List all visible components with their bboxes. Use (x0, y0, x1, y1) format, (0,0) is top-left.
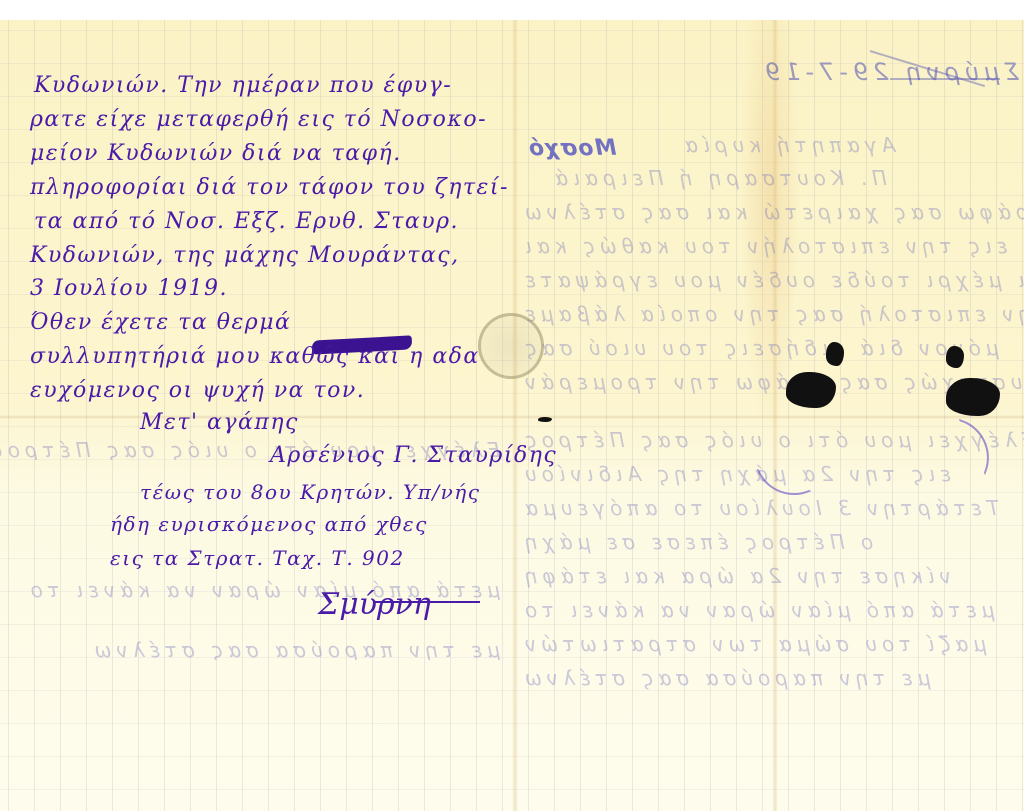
letter-line: Όθεν έχετε τα θερμά (30, 312, 291, 334)
letter-line: ρατε είχε μεταφερθή εις τό Νοσοκο- (30, 109, 487, 131)
letter-line: ευχόμενος οι ψυχή να τον. (30, 380, 365, 402)
ghost-line: μαζί του σώμα των στρατιωτών (520, 634, 986, 654)
ghost-side-word: Μοσχό (528, 138, 616, 160)
letter-line: ήδη ευρισκόμενος από χθες (110, 514, 428, 534)
ghost-header: Σμύρνη 29-7-19 (760, 60, 1019, 84)
letter-line: Κυδωνιών, της μάχης Μουράντας, (30, 245, 460, 267)
ghost-line: ότι μέχρι τούδε ουδέν μου εγράψατε (520, 270, 1024, 290)
letter-line: μείον Κυδωνιών διά να ταφή. (30, 143, 402, 165)
ghost-line: εις την επιστολήν του καθώς και (520, 236, 1008, 256)
ghost-line: ο Πέτρος έπεσε σε μάχη (520, 532, 873, 552)
letter-line: τα από τό Νοσ. Εξζ. Ερυθ. Σταυρ. (34, 211, 459, 233)
ghost-arrow-base (890, 78, 1000, 80)
postal-address: εις τα Στρατ. Ταχ. Τ. 902 (110, 548, 405, 568)
letter-line: πληροφορίαι διά τον τάφον του ζητεί- (30, 177, 509, 199)
ghost-line-left: με την παρούσα σας στέλνω (0, 640, 500, 660)
closing-salutation: Μετ' αγάπης (140, 412, 299, 434)
ghost-line: εις την 2α μάχη της Αιδινίου (520, 464, 951, 484)
ghost-line: Σας γράφω σας χαιρετώ και σας στέλνω (520, 202, 1024, 222)
ink-blot (786, 372, 836, 408)
signature-name: Αρσένιος Γ. Σταυρίδης (270, 445, 557, 467)
postmark-stamp (478, 313, 544, 379)
ghost-line: μόνον διά ειδήσεις του υιού σας (520, 338, 999, 358)
ink-blot (946, 378, 1000, 416)
ghost-line: Τετάρτην 3 Ιουλίου το απόγευμα (520, 498, 999, 518)
ghost-line: στην επιστολή σας την οποία λάβαμε (520, 304, 1024, 324)
letter-line: συλλυπητήριά μου καθώς και η αδα (30, 346, 480, 368)
ghost-line: Αγαπητή κυρία (680, 135, 896, 155)
ghost-line: Π. Κουτσαρη ή Πειραιά (550, 168, 887, 188)
ink-blot (538, 417, 552, 422)
place-signature: Σμύρνη (318, 590, 431, 620)
ink-blot (826, 342, 844, 366)
ink-blot (946, 346, 964, 368)
letter-line: τέως του 8ου Κρητών. Υπ/νής (140, 482, 480, 502)
ghost-line: νίκησε την 2α ώρα και ετάφη (520, 566, 951, 586)
ghost-line: μετά από μίαν ώραν να κάνει το (520, 600, 994, 620)
ghost-line: με την παρούσα σας στέλνω (520, 668, 930, 688)
letter-sheet: Σμύρνη 29-7-19 Μοσχό Αγαπητή κυρία Π. Κο… (0, 20, 1024, 811)
letter-date: 3 Ιουλίου 1919. (30, 278, 228, 300)
letter-line: Κυδωνιών. Την ημέραν που έφυγ- (34, 75, 452, 97)
